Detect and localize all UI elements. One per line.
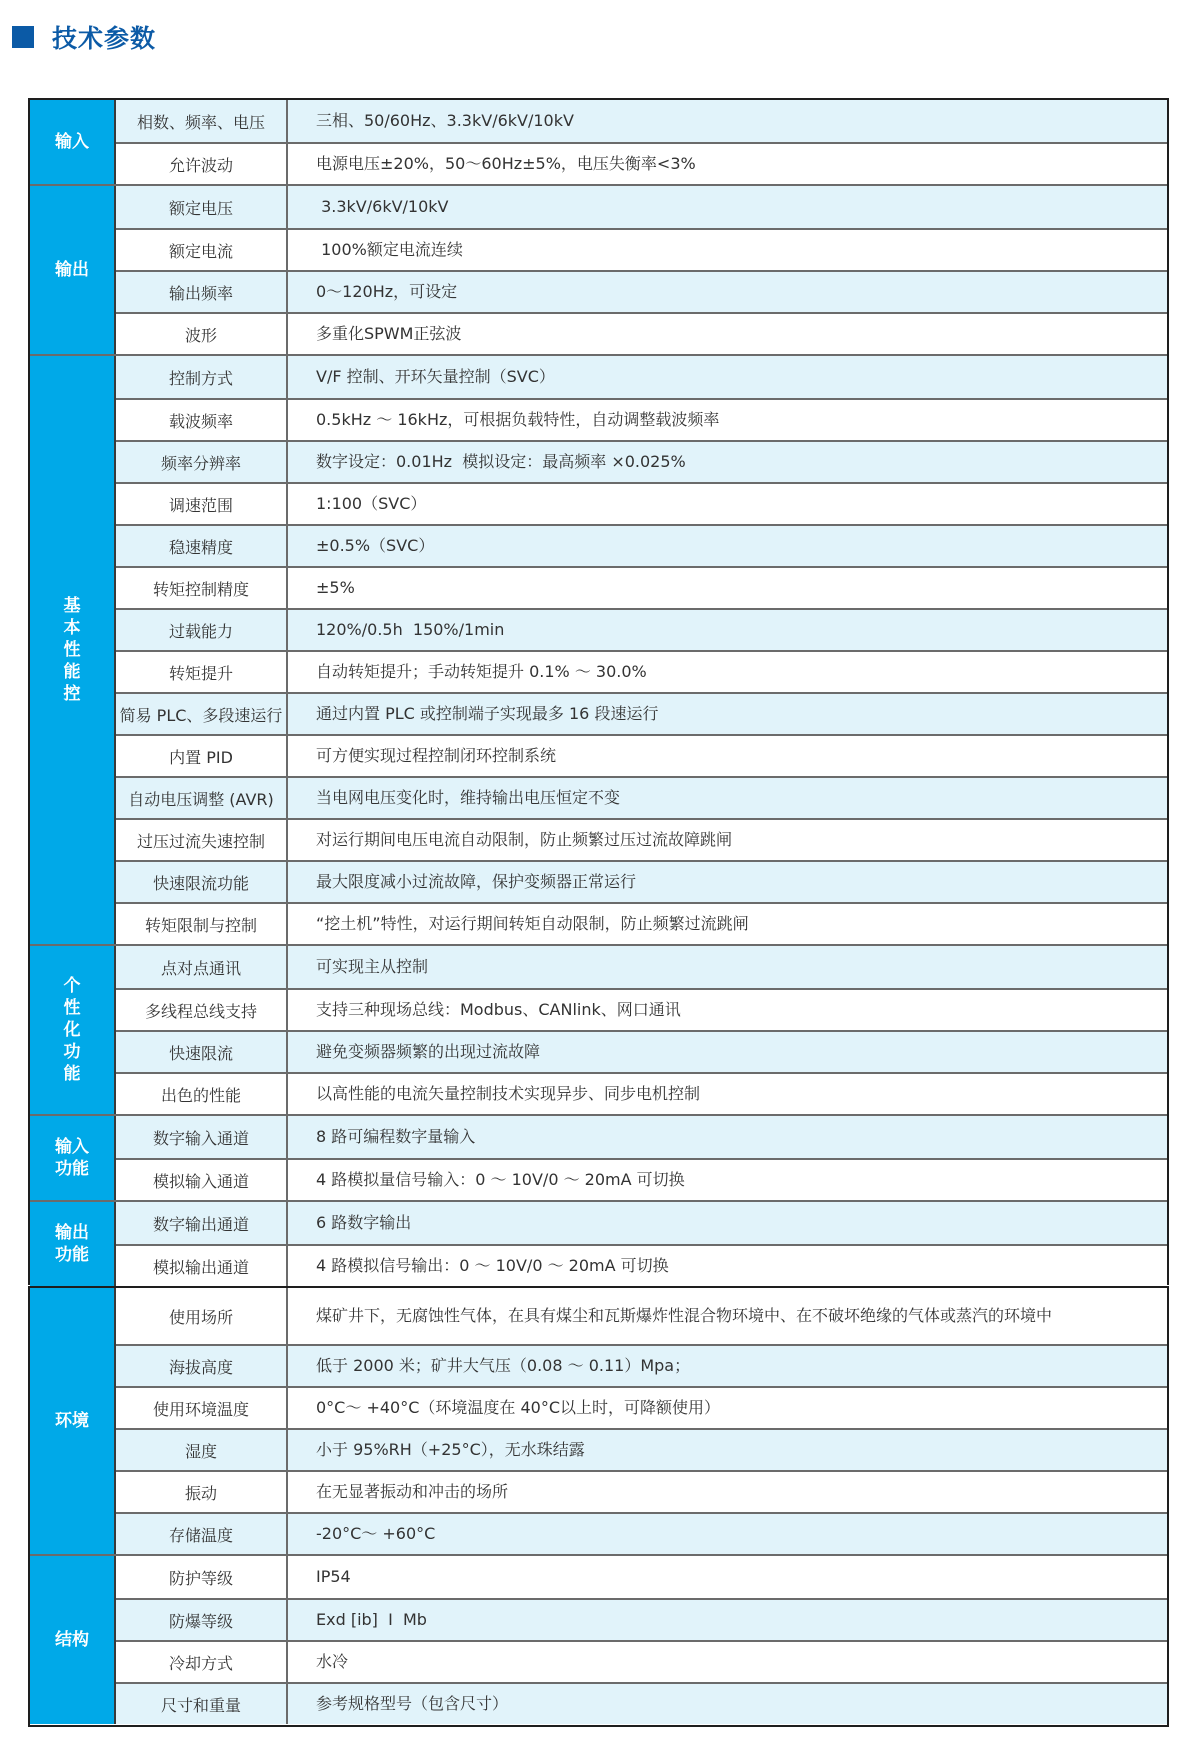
param-value: 6 路数字输出	[288, 1202, 1167, 1244]
param-name: 波形	[116, 314, 288, 354]
param-name: 防爆等级	[116, 1600, 288, 1640]
category-cell: 输入	[30, 100, 116, 184]
table-row: 自动电压调整 (AVR)当电网电压变化时，维持输出电压恒定不变	[116, 776, 1167, 818]
param-name: 海拔高度	[116, 1346, 288, 1386]
param-name: 防护等级	[116, 1556, 288, 1598]
param-value: 小于 95%RH（+25°C），无水珠结露	[288, 1430, 1167, 1470]
param-name: 载波频率	[116, 400, 288, 440]
param-name: 转矩提升	[116, 652, 288, 692]
param-value: 120%/0.5h 150%/1min	[288, 610, 1167, 650]
table-row: 控制方式V/F 控制、开环矢量控制（SVC）	[116, 356, 1167, 398]
param-value: 自动转矩提升；手动转矩提升 0.1% ～ 30.0%	[288, 652, 1167, 692]
spec-table-upper: 输入相数、频率、电压三相、50/60Hz、3.3kV/6kV/10kV允许波动电…	[28, 98, 1169, 1285]
param-value: 可方便实现过程控制闭环控制系统	[288, 736, 1167, 776]
table-row: 使用环境温度0°C～ +40°C（环境温度在 40°C以上时，可降额使用）	[116, 1386, 1167, 1428]
param-name: 转矩限制与控制	[116, 904, 288, 944]
param-value: Exd [ib] Ⅰ Mb	[288, 1600, 1167, 1640]
table-row: 输出频率0～120Hz，可设定	[116, 270, 1167, 312]
table-row: 数字输出通道6 路数字输出	[116, 1202, 1167, 1244]
table-row: 频率分辨率数字设定：0.01Hz 模拟设定：最高频率 ×0.025%	[116, 440, 1167, 482]
param-value: -20°C～ +60°C	[288, 1514, 1167, 1554]
param-name: 快速限流	[116, 1032, 288, 1072]
spec-section: 输入功能数字输入通道8 路可编程数字量输入模拟输入通道4 路模拟量信号输入：0 …	[30, 1114, 1167, 1200]
category-label: 结构	[55, 1629, 89, 1651]
param-name: 出色的性能	[116, 1074, 288, 1114]
param-value: 数字设定：0.01Hz 模拟设定：最高频率 ×0.025%	[288, 442, 1167, 482]
table-row: 防爆等级Exd [ib] Ⅰ Mb	[116, 1598, 1167, 1640]
param-name: 使用环境温度	[116, 1388, 288, 1428]
param-value: 最大限度减小过流故障，保护变频器正常运行	[288, 862, 1167, 902]
param-name: 振动	[116, 1472, 288, 1512]
param-value: 煤矿井下，无腐蚀性气体，在具有煤尘和瓦斯爆炸性混合物环境中、在不破坏绝缘的气体或…	[288, 1288, 1167, 1344]
table-row: 防护等级IP54	[116, 1556, 1167, 1598]
param-value: V/F 控制、开环矢量控制（SVC）	[288, 356, 1167, 398]
category-cell: 个性化功能	[30, 946, 116, 1114]
param-name: 内置 PID	[116, 736, 288, 776]
param-name: 模拟输入通道	[116, 1160, 288, 1200]
square-bullet-icon	[12, 26, 34, 48]
param-value: “挖土机”特性，对运行期间转矩自动限制，防止频繁过流跳闸	[288, 904, 1167, 944]
table-row: 多线程总线支持支持三种现场总线：Modbus、CANlink、网口通讯	[116, 988, 1167, 1030]
param-value: 4 路模拟信号输出：0 ～ 10V/0 ～ 20mA 可切换	[288, 1246, 1167, 1286]
table-row: 出色的性能以高性能的电流矢量控制技术实现异步、同步电机控制	[116, 1072, 1167, 1114]
param-name: 稳速精度	[116, 526, 288, 566]
table-row: 快速限流功能最大限度减小过流故障，保护变频器正常运行	[116, 860, 1167, 902]
param-value: 水冷	[288, 1642, 1167, 1682]
param-name: 允许波动	[116, 144, 288, 184]
table-row: 转矩控制精度±5%	[116, 566, 1167, 608]
param-value: 0～120Hz，可设定	[288, 272, 1167, 312]
param-value: 支持三种现场总线：Modbus、CANlink、网口通讯	[288, 990, 1167, 1030]
param-name: 简易 PLC、多段速运行	[116, 694, 288, 734]
param-name: 冷却方式	[116, 1642, 288, 1682]
section-header: 技术参数	[12, 22, 156, 52]
table-row: 额定电压 3.3kV/6kV/10kV	[116, 186, 1167, 228]
spec-section: 输出额定电压 3.3kV/6kV/10kV额定电流 100%额定电流连续输出频率…	[30, 184, 1167, 354]
param-value: 当电网电压变化时，维持输出电压恒定不变	[288, 778, 1167, 818]
table-row: 振动在无显著振动和冲击的场所	[116, 1470, 1167, 1512]
table-row: 稳速精度±0.5%（SVC）	[116, 524, 1167, 566]
category-label: 输出	[55, 259, 89, 281]
table-row: 内置 PID可方便实现过程控制闭环控制系统	[116, 734, 1167, 776]
param-name: 快速限流功能	[116, 862, 288, 902]
table-row: 尺寸和重量参考规格型号（包含尺寸）	[116, 1682, 1167, 1724]
table-row: 海拔高度低于 2000 米；矿井大气压（0.08 ～ 0.11）Mpa；	[116, 1344, 1167, 1386]
spec-section: 输入相数、频率、电压三相、50/60Hz、3.3kV/6kV/10kV允许波动电…	[30, 100, 1167, 184]
spec-section: 输出功能数字输出通道6 路数字输出模拟输出通道4 路模拟信号输出：0 ～ 10V…	[30, 1200, 1167, 1286]
spec-table-lower: 环境使用场所煤矿井下，无腐蚀性气体，在具有煤尘和瓦斯爆炸性混合物环境中、在不破坏…	[28, 1286, 1169, 1727]
param-value: 避免变频器频繁的出现过流故障	[288, 1032, 1167, 1072]
category-cell: 结构	[30, 1556, 116, 1724]
param-value: 电源电压±20%，50～60Hz±5%，电压失衡率<3%	[288, 144, 1167, 184]
param-value: 以高性能的电流矢量控制技术实现异步、同步电机控制	[288, 1074, 1167, 1114]
table-row: 额定电流 100%额定电流连续	[116, 228, 1167, 270]
table-row: 过压过流失速控制对运行期间电压电流自动限制，防止频繁过压过流故障跳闸	[116, 818, 1167, 860]
category-cell: 环境	[30, 1288, 116, 1554]
spec-section: 个性化功能点对点通讯可实现主从控制多线程总线支持支持三种现场总线：Modbus、…	[30, 944, 1167, 1114]
table-row: 波形多重化SPWM正弦波	[116, 312, 1167, 354]
page-title: 技术参数	[52, 19, 156, 55]
param-value: 8 路可编程数字量输入	[288, 1116, 1167, 1158]
param-value: 在无显著振动和冲击的场所	[288, 1472, 1167, 1512]
param-value: 多重化SPWM正弦波	[288, 314, 1167, 354]
table-row: 使用场所煤矿井下，无腐蚀性气体，在具有煤尘和瓦斯爆炸性混合物环境中、在不破坏绝缘…	[116, 1288, 1167, 1344]
category-cell: 输出功能	[30, 1202, 116, 1286]
param-name: 自动电压调整 (AVR)	[116, 778, 288, 818]
table-row: 相数、频率、电压三相、50/60Hz、3.3kV/6kV/10kV	[116, 100, 1167, 142]
param-name: 输出频率	[116, 272, 288, 312]
param-name: 相数、频率、电压	[116, 100, 288, 142]
category-cell: 输入功能	[30, 1116, 116, 1200]
table-row: 点对点通讯可实现主从控制	[116, 946, 1167, 988]
param-value: 1:100（SVC）	[288, 484, 1167, 524]
param-name: 点对点通讯	[116, 946, 288, 988]
spec-section: 结构防护等级IP54防爆等级Exd [ib] Ⅰ Mb冷却方式水冷尺寸和重量参考…	[30, 1554, 1167, 1724]
param-name: 额定电流	[116, 230, 288, 270]
category-label: 环境	[55, 1410, 89, 1432]
param-name: 数字输出通道	[116, 1202, 288, 1244]
param-value: IP54	[288, 1556, 1167, 1598]
param-value: 0°C～ +40°C（环境温度在 40°C以上时，可降额使用）	[288, 1388, 1167, 1428]
param-name: 多线程总线支持	[116, 990, 288, 1030]
param-name: 存储温度	[116, 1514, 288, 1554]
param-value: 参考规格型号（包含尺寸）	[288, 1684, 1167, 1724]
category-label: 输出功能	[52, 1222, 92, 1266]
table-row: 过载能力120%/0.5h 150%/1min	[116, 608, 1167, 650]
table-row: 调速范围1:100（SVC）	[116, 482, 1167, 524]
param-value: 低于 2000 米；矿井大气压（0.08 ～ 0.11）Mpa；	[288, 1346, 1167, 1386]
spec-section: 环境使用场所煤矿井下，无腐蚀性气体，在具有煤尘和瓦斯爆炸性混合物环境中、在不破坏…	[30, 1288, 1167, 1554]
param-name: 额定电压	[116, 186, 288, 228]
table-row: 湿度小于 95%RH（+25°C），无水珠结露	[116, 1428, 1167, 1470]
param-name: 转矩控制精度	[116, 568, 288, 608]
category-label: 输入功能	[52, 1136, 92, 1180]
category-label: 基本性能控	[63, 595, 81, 705]
param-name: 频率分辨率	[116, 442, 288, 482]
table-row: 允许波动电源电压±20%，50～60Hz±5%，电压失衡率<3%	[116, 142, 1167, 184]
param-name: 数字输入通道	[116, 1116, 288, 1158]
param-value: 4 路模拟量信号输入：0 ～ 10V/0 ～ 20mA 可切换	[288, 1160, 1167, 1200]
table-row: 存储温度-20°C～ +60°C	[116, 1512, 1167, 1554]
table-row: 模拟输入通道4 路模拟量信号输入：0 ～ 10V/0 ～ 20mA 可切换	[116, 1158, 1167, 1200]
table-row: 冷却方式水冷	[116, 1640, 1167, 1682]
param-name: 过载能力	[116, 610, 288, 650]
table-row: 转矩限制与控制“挖土机”特性，对运行期间转矩自动限制，防止频繁过流跳闸	[116, 902, 1167, 944]
param-name: 湿度	[116, 1430, 288, 1470]
table-row: 数字输入通道8 路可编程数字量输入	[116, 1116, 1167, 1158]
param-name: 尺寸和重量	[116, 1684, 288, 1724]
param-value: ±0.5%（SVC）	[288, 526, 1167, 566]
param-value: 通过内置 PLC 或控制端子实现最多 16 段速运行	[288, 694, 1167, 734]
category-label: 个性化功能	[63, 975, 81, 1085]
param-name: 模拟输出通道	[116, 1246, 288, 1286]
table-row: 转矩提升自动转矩提升；手动转矩提升 0.1% ～ 30.0%	[116, 650, 1167, 692]
param-value: 3.3kV/6kV/10kV	[288, 186, 1167, 228]
param-name: 过压过流失速控制	[116, 820, 288, 860]
param-value: 0.5kHz ～ 16kHz，可根据负载特性，自动调整载波频率	[288, 400, 1167, 440]
param-value: 对运行期间电压电流自动限制，防止频繁过压过流故障跳闸	[288, 820, 1167, 860]
param-value: 可实现主从控制	[288, 946, 1167, 988]
category-cell: 基本性能控	[30, 356, 116, 944]
spec-section: 基本性能控控制方式V/F 控制、开环矢量控制（SVC）载波频率0.5kHz ～ …	[30, 354, 1167, 944]
table-row: 模拟输出通道4 路模拟信号输出：0 ～ 10V/0 ～ 20mA 可切换	[116, 1244, 1167, 1286]
param-name: 调速范围	[116, 484, 288, 524]
category-cell: 输出	[30, 186, 116, 354]
category-label: 输入	[55, 131, 89, 153]
param-value: 100%额定电流连续	[288, 230, 1167, 270]
table-row: 快速限流避免变频器频繁的出现过流故障	[116, 1030, 1167, 1072]
param-value: 三相、50/60Hz、3.3kV/6kV/10kV	[288, 100, 1167, 142]
param-name: 控制方式	[116, 356, 288, 398]
table-row: 简易 PLC、多段速运行通过内置 PLC 或控制端子实现最多 16 段速运行	[116, 692, 1167, 734]
table-row: 载波频率0.5kHz ～ 16kHz，可根据负载特性，自动调整载波频率	[116, 398, 1167, 440]
param-value: ±5%	[288, 568, 1167, 608]
param-name: 使用场所	[116, 1288, 288, 1344]
